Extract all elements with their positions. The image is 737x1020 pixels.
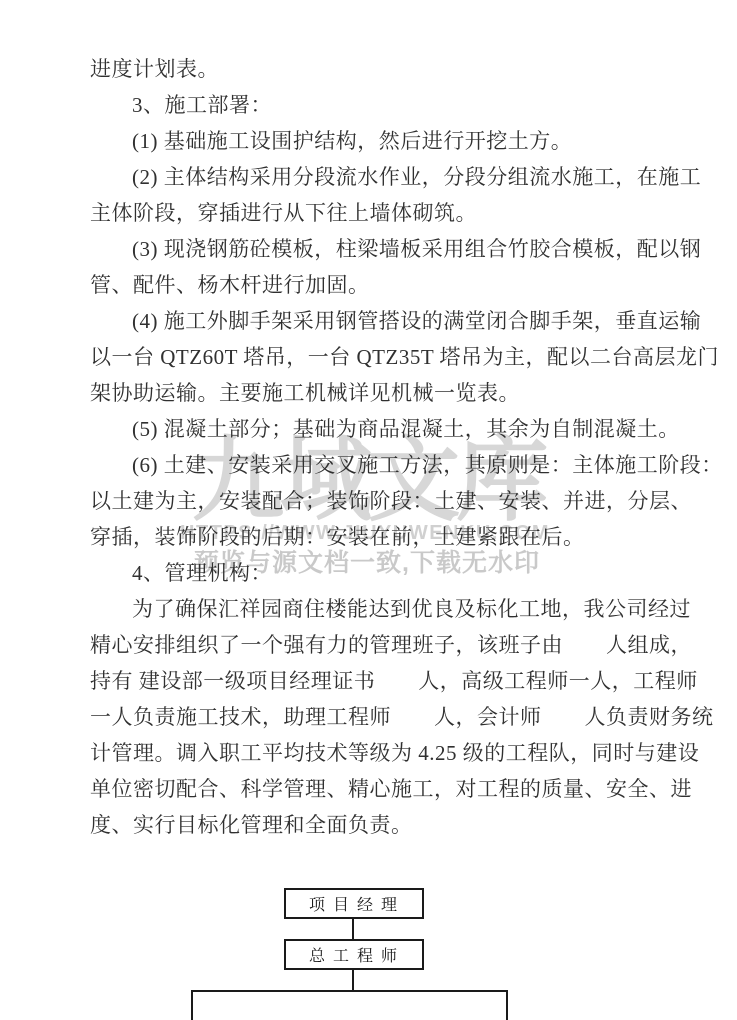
document-page: 九域文库 HTTPS://WWW.JIUYUWENKU.COM 预览与源文档一致… — [0, 0, 737, 1020]
org-branch-left-drop-line — [191, 990, 193, 1020]
org-connector-middle — [352, 969, 354, 992]
org-connector-top — [352, 918, 354, 940]
org-box-chief-engineer: 总 工 程 师 — [284, 939, 424, 970]
org-branch-horizontal-line — [191, 990, 508, 992]
org-chart: 项 目 经 理 总 工 程 师 — [0, 0, 737, 1020]
org-box-project-manager-label: 项 目 经 理 — [309, 892, 399, 915]
org-box-project-manager: 项 目 经 理 — [284, 888, 424, 919]
org-box-chief-engineer-label: 总 工 程 师 — [309, 943, 399, 966]
org-branch-right-drop-line — [506, 990, 508, 1020]
